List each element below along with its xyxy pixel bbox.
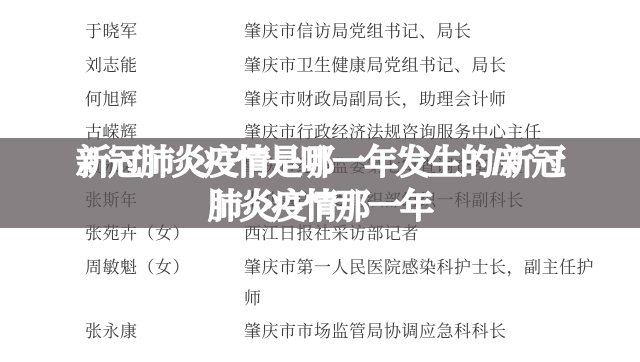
person-name: 何旭辉 — [85, 84, 138, 115]
person-title: 肇庆市财政局副局长，助理会计师 — [244, 84, 600, 115]
person-name: 刘志能 — [85, 50, 138, 81]
person-title: 肇庆市信访局党组书记、局长 — [244, 16, 600, 47]
person-title: 肇庆市市场监管局协调应急科科长 — [244, 316, 600, 347]
person-name: 周敏魁（女） — [85, 252, 190, 283]
caption-line-1: 新冠肺炎疫情是哪一年发生的/新冠 — [76, 141, 563, 185]
person-title: 肇庆市卫生健康局党组书记、局长 — [244, 50, 600, 81]
screenshot-root: 于晓军 肇庆市信访局党组书记、局长 刘志能 肇庆市卫生健康局党组书记、局长 何旭… — [0, 0, 640, 362]
person-title: 肇庆市第一人民医院感染科护士长，副主任护师 — [244, 252, 600, 314]
caption-line-2: 肺炎疫情那一年 — [208, 185, 432, 229]
caption-overlay: 新冠肺炎疫情是哪一年发生的/新冠 肺炎疫情那一年 — [0, 138, 640, 228]
person-name: 张永康 — [85, 316, 138, 347]
person-name: 于晓军 — [85, 16, 138, 47]
